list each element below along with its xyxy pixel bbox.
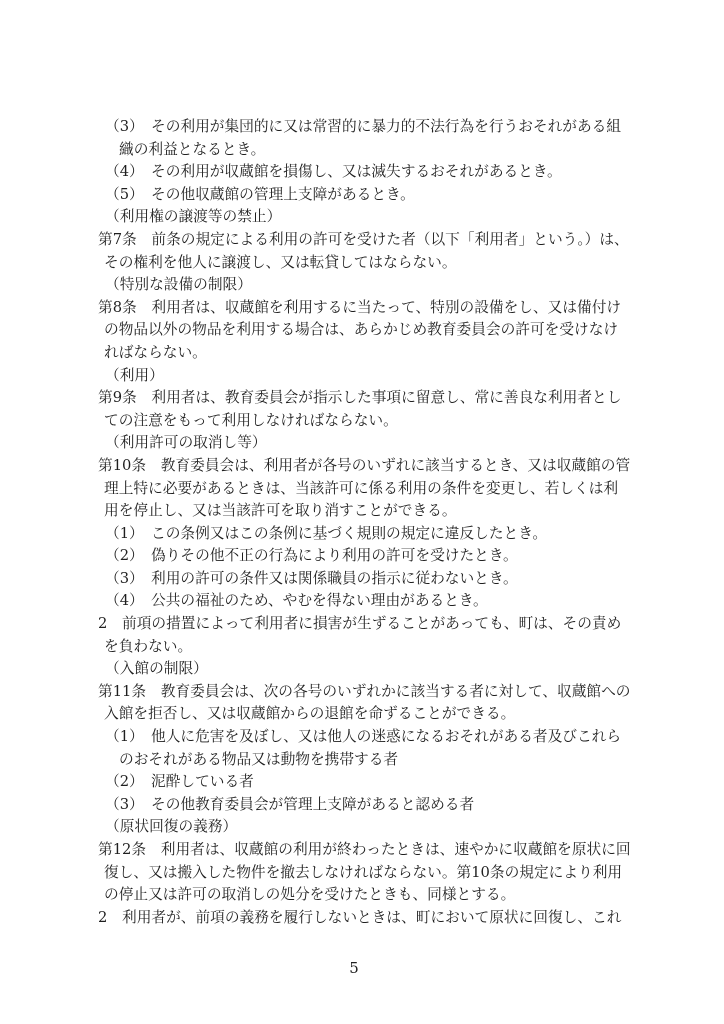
document-line-item-continuation: のおそれがある物品又は動物を携帯する者: [119, 749, 643, 772]
document-line-continuation: 復し、又は搬入した物件を撤去しなければならない。第10条の規定により利用: [104, 862, 643, 885]
document-line-continuation: の物品以外の物品を利用する場合は、あらかじめ教育委員会の許可を受けなけ: [104, 319, 643, 342]
document-line-item: （3） その利用が集団的に又は常習的に暴力的不法行為を行うおそれがある組: [105, 116, 643, 139]
document-line-item: （3） 利用の許可の条件又は関係職員の指示に従わないとき。: [105, 568, 643, 591]
document-page: （3） その利用が集団的に又は常習的に暴力的不法行為を行うおそれがある組織の利益…: [0, 0, 724, 1024]
document-line-item: （3） その他教育委員会が管理上支障があると認める者: [105, 794, 643, 817]
document-line-continuation: 用を停止し、又は当該許可を取り消すことができる。: [104, 500, 643, 523]
document-line-item: （1） この条例又はこの条例に基づく規則の規定に違反したとき。: [105, 523, 643, 546]
document-line-item: （5） その他収蔵館の管理上支障があるとき。: [105, 184, 643, 207]
document-line-continuation: ればならない。: [104, 342, 643, 365]
document-line-article: 第9条 利用者は、教育委員会が指示した事項に留意し、常に善良な利用者とし: [98, 387, 643, 410]
document-line-heading: （特別な設備の制限）: [105, 274, 643, 297]
document-line-item: （4） その利用が収蔵館を損傷し、又は滅失するおそれがあるとき。: [105, 161, 643, 184]
page-number: 5: [0, 957, 716, 979]
document-line-article: 第11条 教育委員会は、次の各号のいずれかに該当する者に対して、収蔵館への: [98, 681, 643, 704]
document-line-continuation: 理上特に必要があるときは、当該許可に係る利用の条件を変更し、若しくは利: [104, 478, 643, 501]
document-line-continuation: ての注意をもって利用しなければならない。: [104, 410, 643, 433]
document-line-continuation: を負わない。: [104, 636, 643, 659]
document-line-item: （2） 偽りその他不正の行為により利用の許可を受けたとき。: [105, 545, 643, 568]
document-line-article: 第8条 利用者は、収蔵館を利用するに当たって、特別の設備をし、又は備付け: [98, 297, 643, 320]
document-line-article: 2 前項の措置によって利用者に損害が生ずることがあっても、町は、その責め: [98, 613, 643, 636]
document-line-article: 2 利用者が、前項の義務を履行しないときは、町において原状に回復し、これ: [98, 907, 643, 930]
document-line-item: （4） 公共の福祉のため、やむを得ない理由があるとき。: [105, 590, 643, 613]
document-body: （3） その利用が集団的に又は常習的に暴力的不法行為を行うおそれがある組織の利益…: [98, 116, 643, 929]
document-line-article: 第12条 利用者は、収蔵館の利用が終わったときは、速やかに収蔵館を原状に回: [98, 839, 643, 862]
document-line-item: （1） 他人に危害を及ぼし、又は他人の迷惑になるおそれがある者及びこれら: [105, 726, 643, 749]
document-line-heading: （利用許可の取消し等）: [105, 432, 643, 455]
document-line-article: 第10条 教育委員会は、利用者が各号のいずれに該当するとき、又は収蔵館の管: [98, 455, 643, 478]
document-line-heading: （利用）: [105, 365, 643, 388]
document-line-heading: （入館の制限）: [105, 658, 643, 681]
document-line-article: 第7条 前条の規定による利用の許可を受けた者（以下「利用者」という。）は、: [98, 229, 643, 252]
document-line-heading: （原状回復の義務）: [105, 816, 643, 839]
document-line-heading: （利用権の譲渡等の禁止）: [105, 206, 643, 229]
document-line-item: （2） 泥酔している者: [105, 771, 643, 794]
document-line-item-continuation: 織の利益となるとき。: [119, 139, 643, 162]
document-line-continuation: 入館を拒否し、又は収蔵館からの退館を命ずることができる。: [104, 703, 643, 726]
document-line-continuation: その権利を他人に譲渡し、又は転貸してはならない。: [104, 252, 643, 275]
document-line-continuation: の停止又は許可の取消しの処分を受けたときも、同様とする。: [104, 884, 643, 907]
